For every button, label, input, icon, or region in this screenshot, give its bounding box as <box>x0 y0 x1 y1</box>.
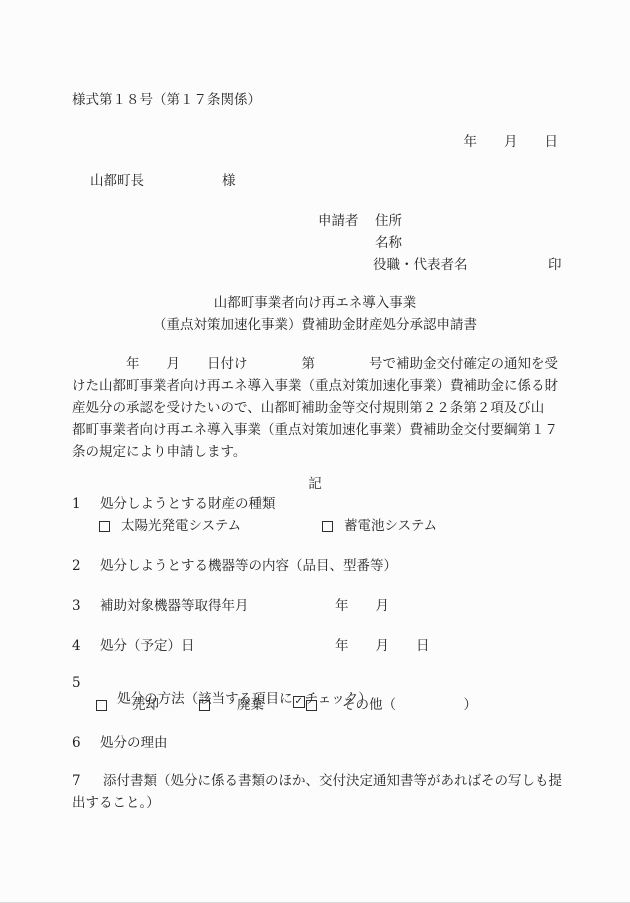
applicant-name-label: 名称 <box>375 235 402 251</box>
body-line-4: 都町事業者向け再エネ導入事業（重点対策加速化事業）費補助金交付要綱第１７ <box>72 422 558 438</box>
item7-label-line2: 出すること。） <box>72 795 160 811</box>
checkbox-other-icon[interactable] <box>306 700 317 711</box>
applicant-address-label: 住所 <box>375 213 402 229</box>
item3-date-blank: 年 月 <box>335 598 389 614</box>
form-document-page: 様式第１８号（第１７条関係） 年 月 日 山都町長 様 申請者 住所 名称 役職… <box>0 0 630 903</box>
addressee-honorific: 様 <box>222 173 236 189</box>
item6-number: 6 <box>72 735 81 751</box>
item5-option-sell: 売却 <box>132 697 159 713</box>
checkbox-discard-icon[interactable] <box>199 700 210 711</box>
item7-number: 7 <box>72 773 81 789</box>
checkbox-solar-system-icon[interactable] <box>99 521 110 532</box>
document-title-line2: （重点対策加速化事業）費補助金財産処分承認申請書 <box>0 317 630 333</box>
item4-date-blank: 年 月 日 <box>335 638 430 654</box>
item1-option-solar: 太陽光発電システム <box>121 518 241 534</box>
date-line: 年 月 日 <box>0 134 558 150</box>
item2-label: 処分しようとする機器等の内容（品目、型番等） <box>100 558 397 574</box>
check-mark-glyph: ✓ <box>294 696 302 707</box>
item5-option-other: その他（ ） <box>342 697 477 713</box>
item1-label: 処分しようとする財産の種類 <box>100 496 276 512</box>
record-heading: 記 <box>0 476 630 492</box>
item1-number: 1 <box>72 496 81 512</box>
checkbox-battery-system-icon[interactable] <box>322 521 333 532</box>
seal-mark: 印 <box>548 257 562 273</box>
item1-option-battery: 蓄電池システム <box>344 518 437 534</box>
item4-number: 4 <box>72 638 81 654</box>
form-number: 様式第１８号（第１７条関係） <box>72 92 261 108</box>
body-line-3: 産処分の承認を受けたいので、山都町補助金等交付規則第２２条第２項及び山 <box>72 400 544 416</box>
checkbox-sell-icon[interactable] <box>96 700 107 711</box>
body-line-1: 年 月 日付け 第 号で補助金交付確定の通知を受 <box>72 356 558 372</box>
item2-number: 2 <box>72 558 81 574</box>
item3-number: 3 <box>72 598 81 614</box>
item5-number: 5 <box>72 675 81 691</box>
addressee: 山都町長 <box>90 173 144 189</box>
applicant-label: 申請者 <box>318 213 359 229</box>
checked-box-icon: ✓ <box>293 696 305 708</box>
body-line-5: 条の規定により申請します。 <box>72 444 246 460</box>
item3-label: 補助対象機器等取得年月 <box>100 598 249 614</box>
item6-label: 処分の理由 <box>100 735 168 751</box>
item5-option-discard: 廃棄 <box>237 697 264 713</box>
body-line-2: けた山都町事業者向け再エネ導入事業（重点対策加速化事業）費補助金に係る財 <box>72 378 558 394</box>
document-title-line1: 山都町事業者向け再エネ導入事業 <box>0 295 630 311</box>
applicant-title-label: 役職・代表者名 <box>373 257 468 273</box>
item7-label-line1: 添付書類（処分に係る書類のほか、交付決定通知書等があればその写しも提 <box>103 773 562 789</box>
item4-label: 処分（予定）日 <box>100 638 195 654</box>
